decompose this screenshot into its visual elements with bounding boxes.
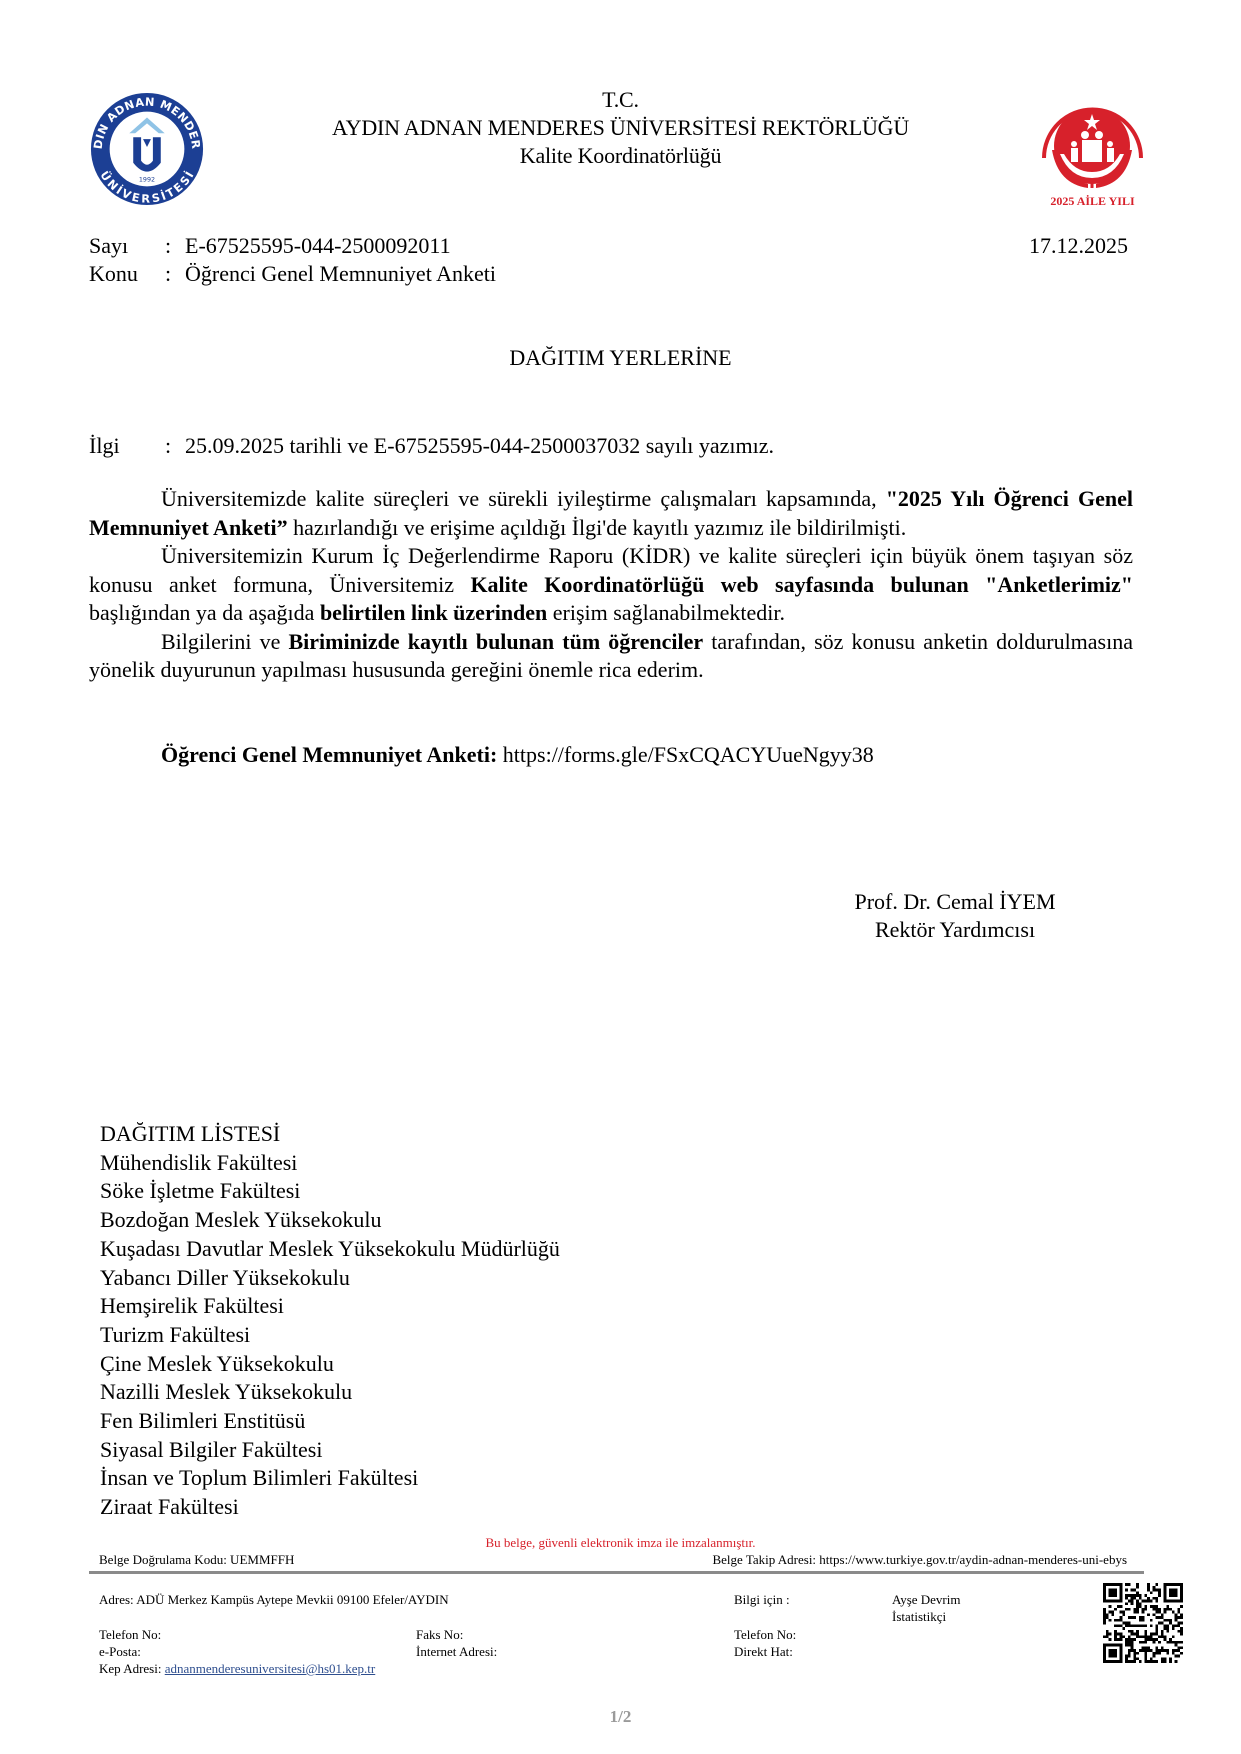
verification-code: Belge Doğrulama Kodu: UEMMFFH	[99, 1551, 294, 1568]
list-item: Ziraat Fakültesi	[100, 1493, 560, 1522]
survey-link-row: Öğrenci Genel Memnuniyet Anketi: https:/…	[161, 742, 874, 768]
fax-label: Faks No:	[416, 1626, 463, 1643]
page-number: 1/2	[0, 1707, 1241, 1727]
list-item: Hemşirelik Fakültesi	[100, 1292, 560, 1321]
paragraph-1: Üniversitemizde kalite süreçleri ve süre…	[89, 485, 1133, 542]
qr-code-icon	[1103, 1583, 1183, 1663]
email-label: e-Posta:	[99, 1643, 141, 1660]
sayi-label: Sayı	[89, 231, 165, 261]
info-title: İstatistikçi	[892, 1608, 946, 1625]
separator: :	[165, 231, 185, 261]
list-item: Kuşadası Davutlar Meslek Yüksekokulu Müd…	[100, 1235, 560, 1264]
konu-label: Konu	[89, 259, 165, 289]
kep-label: Kep Adresi:	[99, 1661, 161, 1676]
direct-line-label: Direkt Hat:	[734, 1643, 793, 1660]
info-phone-label: Telefon No:	[734, 1626, 796, 1643]
recipient-heading: DAĞITIM YERLERİNE	[0, 345, 1241, 371]
paragraph-2: Üniversitemizin Kurum İç Değerlendirme R…	[89, 542, 1133, 628]
info-name: Ayşe Devrim	[892, 1591, 961, 1608]
internet-label: İnternet Adresi:	[416, 1643, 497, 1660]
letter-body: Üniversitemizde kalite süreçleri ve süre…	[89, 485, 1133, 685]
list-item: Çine Meslek Yüksekokulu	[100, 1350, 560, 1379]
ilgi-row: İlgi:25.09.2025 tarihli ve E-67525595-04…	[89, 431, 774, 461]
family-year-emblem-icon: 2025 AİLE YILI	[1030, 88, 1155, 208]
separator: :	[165, 259, 185, 289]
distribution-title: DAĞITIM LİSTESİ	[100, 1120, 560, 1149]
sayi-row: Sayı:E-67525595-044-2500092011	[89, 231, 451, 261]
document-date: 17.12.2025	[1029, 231, 1128, 261]
list-item: Siyasal Bilgiler Fakültesi	[100, 1436, 560, 1465]
footer-divider	[89, 1571, 1144, 1574]
info-label: Bilgi için :	[734, 1591, 790, 1608]
svg-text:2025 AİLE YILI: 2025 AİLE YILI	[1050, 194, 1135, 208]
signer-title: Rektör Yardımcısı	[830, 916, 1080, 944]
ilgi-label: İlgi	[89, 431, 165, 461]
kep-address-link[interactable]: adnanmenderesuniversitesi@hs01.kep.tr	[165, 1661, 376, 1676]
survey-link-label: Öğrenci Genel Memnuniyet Anketi:	[161, 742, 497, 767]
list-item: Yabancı Diller Yüksekokulu	[100, 1264, 560, 1293]
separator: :	[165, 431, 185, 461]
tracking-address: Belge Takip Adresi: https://www.turkiye.…	[712, 1551, 1127, 1568]
paragraph-3: Bilgilerini ve Biriminizde kayıtlı bulun…	[89, 628, 1133, 685]
svg-text:1992: 1992	[139, 175, 155, 183]
list-item: İnsan ve Toplum Bilimleri Fakültesi	[100, 1464, 560, 1493]
signature-block: Prof. Dr. Cemal İYEM Rektör Yardımcısı	[830, 888, 1080, 944]
konu-row: Konu:Öğrenci Genel Memnuniyet Anketi	[89, 259, 496, 289]
list-item: Fen Bilimleri Enstitüsü	[100, 1407, 560, 1436]
list-item: Turizm Fakültesi	[100, 1321, 560, 1350]
list-item: Bozdoğan Meslek Yüksekokulu	[100, 1206, 560, 1235]
kep-row: Kep Adresi: adnanmenderesuniversitesi@hs…	[99, 1660, 375, 1677]
list-item: Mühendislik Fakültesi	[100, 1149, 560, 1178]
konu-value: Öğrenci Genel Memnuniyet Anketi	[185, 261, 496, 286]
list-item: Söke İşletme Fakültesi	[100, 1177, 560, 1206]
esign-notice: Bu belge, güvenli elektronik imza ile im…	[0, 1534, 1241, 1551]
ilgi-value: 25.09.2025 tarihli ve E-67525595-044-250…	[185, 433, 774, 458]
list-item: Nazilli Meslek Yüksekokulu	[100, 1378, 560, 1407]
phone-label: Telefon No:	[99, 1626, 161, 1643]
address: Adres: ADÜ Merkez Kampüs Aytepe Mevkii 0…	[99, 1591, 449, 1608]
survey-link-url[interactable]: https://forms.gle/FSxCQACYUueNgyy38	[503, 742, 874, 767]
signer-name: Prof. Dr. Cemal İYEM	[830, 888, 1080, 916]
sayi-value: E-67525595-044-2500092011	[185, 233, 451, 258]
distribution-list: DAĞITIM LİSTESİ Mühendislik Fakültesi Sö…	[100, 1120, 560, 1522]
